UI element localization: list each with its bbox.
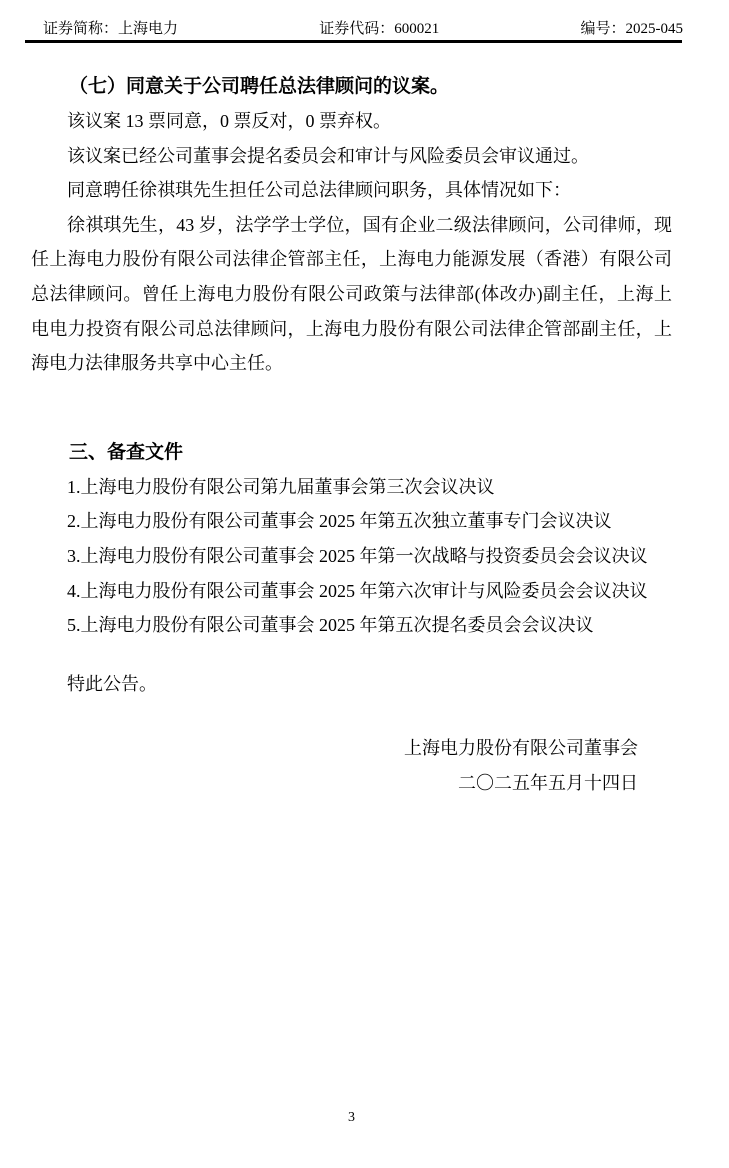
signature-date: 二〇二五年五月十四日 — [31, 766, 638, 801]
stock-code: 证券代码：600021 — [319, 20, 439, 38]
reference-document-item: 3.上海电力股份有限公司董事会 2025 年第一次战略与投资委员会会议决议 — [31, 539, 672, 574]
resolution-paragraphs: 该议案 13 票同意，0 票反对，0 票弃权。该议案已经公司董事会提名委员会和审… — [31, 104, 672, 381]
reference-document-item: 2.上海电力股份有限公司董事会 2025 年第五次独立董事专门会议决议 — [31, 504, 672, 539]
signature-block: 上海电力股份有限公司董事会 二〇二五年五月十四日 — [31, 731, 672, 800]
document-body: （七）同意关于公司聘任总法律顾问的议案。 该议案 13 票同意，0 票反对，0 … — [31, 43, 672, 801]
document-header: 证券简称：上海电力 证券代码：600021 编号：2025-045 — [43, 20, 683, 38]
resolution-paragraph: 该议案 13 票同意，0 票反对，0 票弃权。 — [31, 104, 672, 139]
reference-document-item: 5.上海电力股份有限公司董事会 2025 年第五次提名委员会会议决议 — [31, 608, 672, 643]
announcement-number: 编号：2025-045 — [581, 20, 684, 38]
resolution-paragraph: 徐祺琪先生，43 岁，法学学士学位，国有企业二级法律顾问，公司律师，现任上海电力… — [31, 208, 672, 381]
resolution-paragraph: 该议案已经公司董事会提名委员会和审计与风险委员会审议通过。 — [31, 139, 672, 174]
resolution-heading: （七）同意关于公司聘任总法律顾问的议案。 — [31, 69, 672, 104]
document-page: 证券简称：上海电力 证券代码：600021 编号：2025-045 （七）同意关… — [0, 0, 729, 1168]
stock-short-name: 证券简称：上海电力 — [43, 20, 178, 38]
reference-document-item: 4.上海电力股份有限公司董事会 2025 年第六次审计与风险委员会会议决议 — [31, 574, 672, 609]
reference-documents-list: 1.上海电力股份有限公司第九届董事会第三次会议决议2.上海电力股份有限公司董事会… — [31, 470, 672, 643]
resolution-paragraph: 同意聘任徐祺琪先生担任公司总法律顾问职务，具体情况如下： — [31, 173, 672, 208]
reference-document-item: 1.上海电力股份有限公司第九届董事会第三次会议决议 — [31, 470, 672, 505]
page-number: 3 — [31, 1108, 672, 1128]
signature-company: 上海电力股份有限公司董事会 — [31, 731, 638, 766]
closing-note: 特此公告。 — [31, 667, 672, 702]
documents-section-heading: 三、备查文件 — [31, 435, 672, 470]
